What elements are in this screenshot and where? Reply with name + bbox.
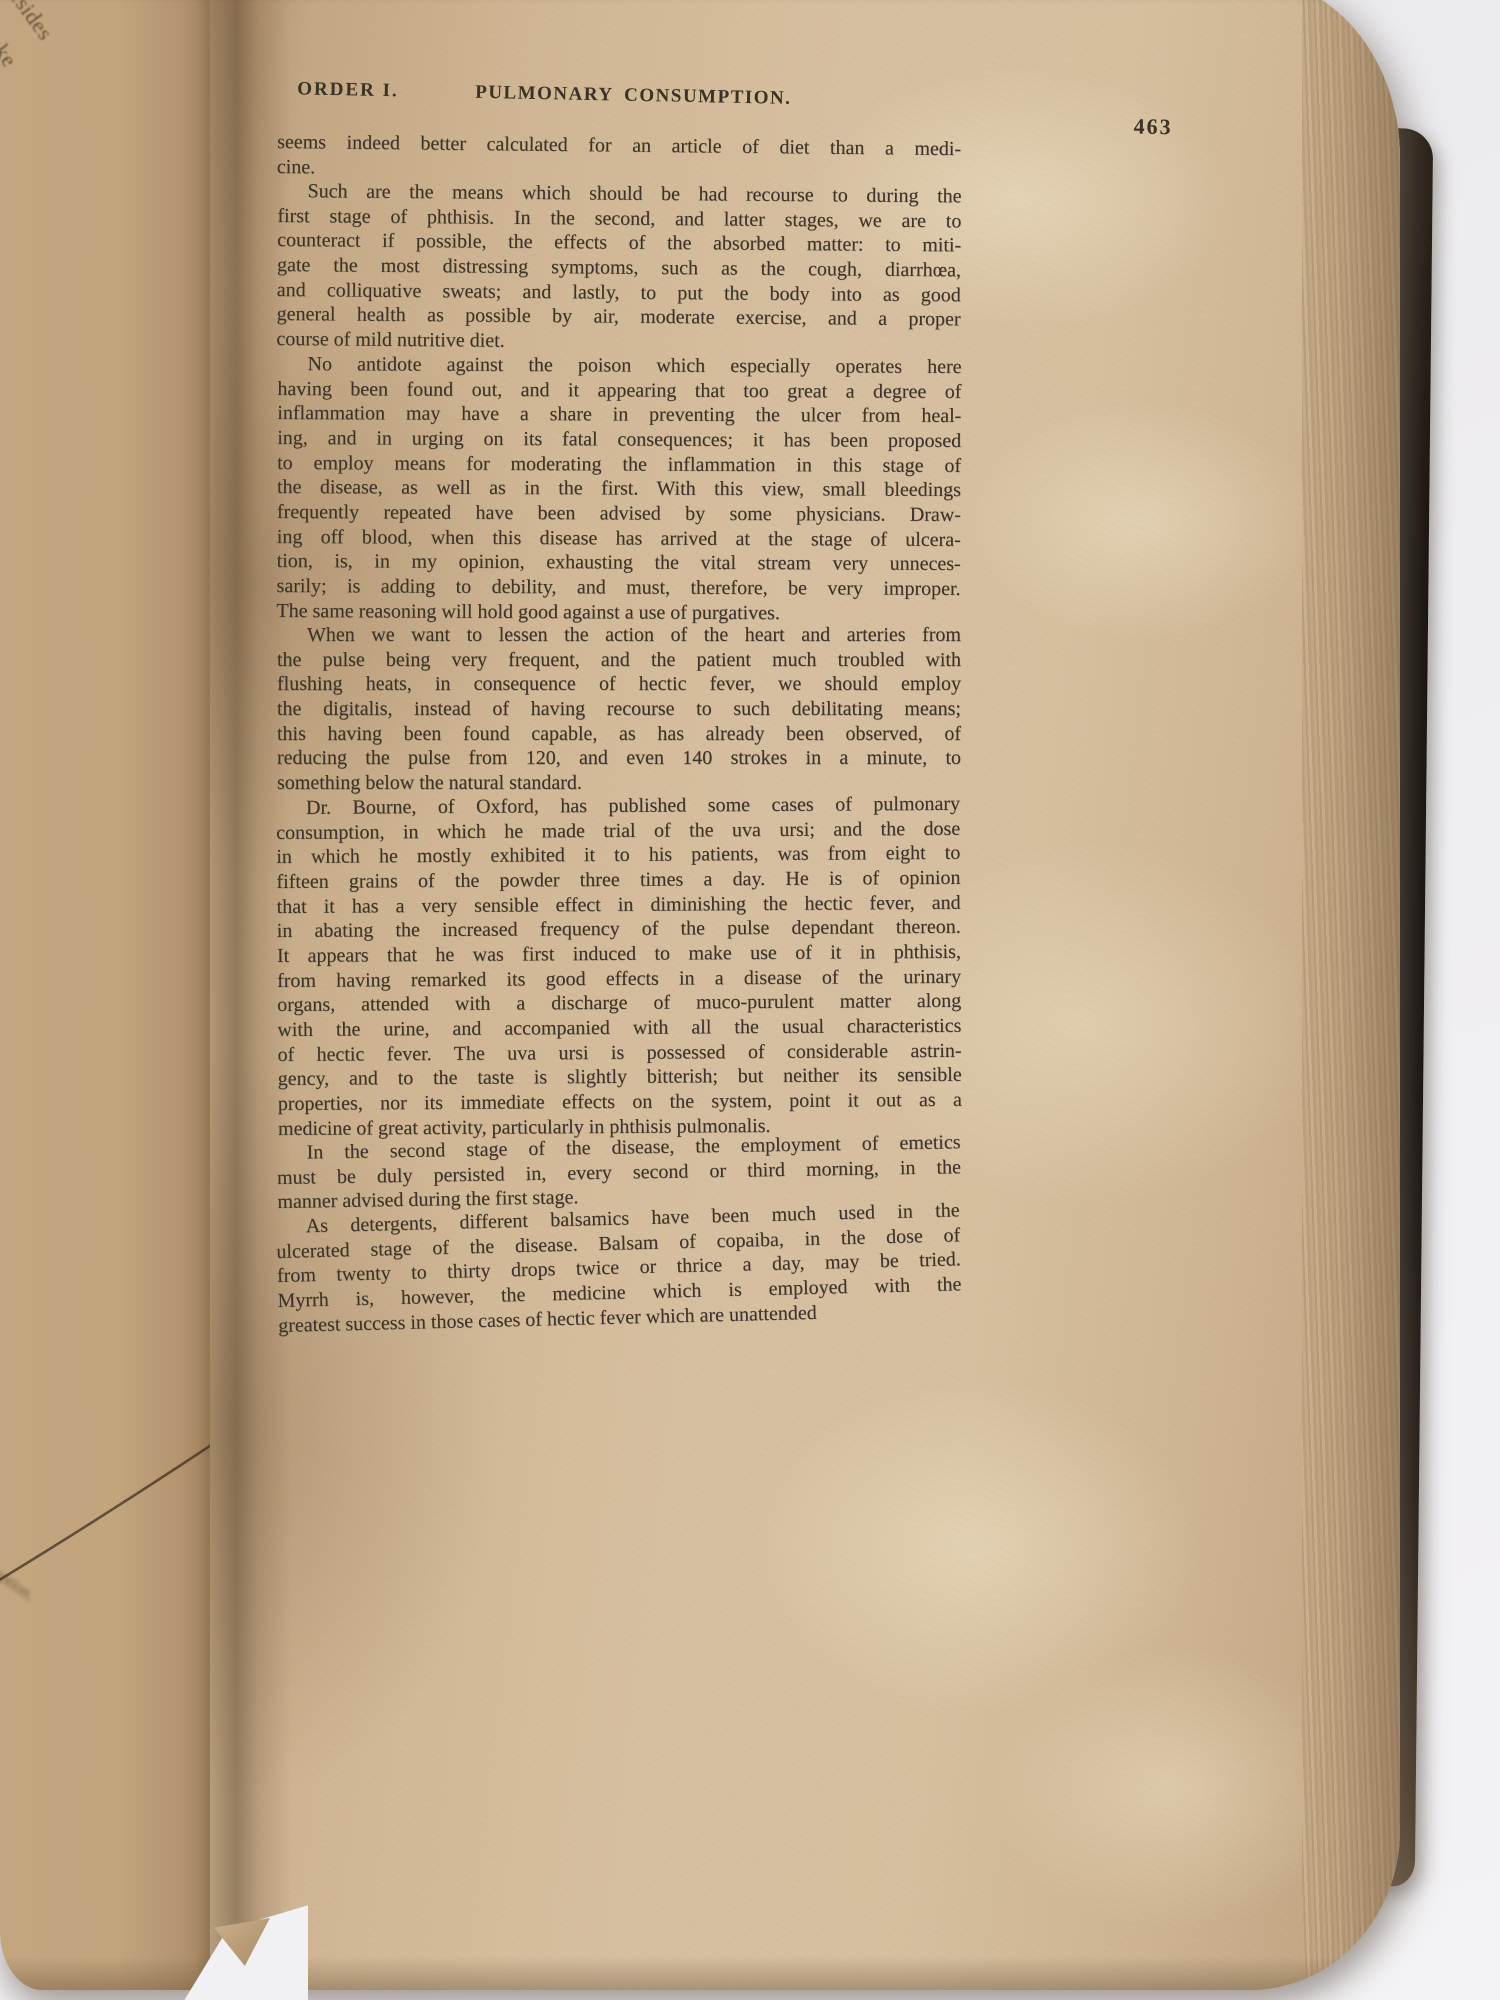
text-line: ing, and in urging on its fatal conseque… <box>277 426 961 454</box>
text-line: No antidote against the poison which esp… <box>277 352 961 380</box>
text-line: ing off blood, when this disease has arr… <box>277 524 961 552</box>
text-line: gency, and to the taste is slightly bitt… <box>278 1063 962 1092</box>
text-line: this having been found capable, as has a… <box>277 722 961 747</box>
text-line: in which he mostly exhibited it to his p… <box>276 841 960 870</box>
paragraph: seems indeed better calculated for an ar… <box>277 130 961 186</box>
text-line: in abating the increased frequency of th… <box>277 915 961 944</box>
text-line: When we want to lessen the action of the… <box>277 623 961 648</box>
text-line: reducing the pulse from 120, and even 14… <box>277 746 961 771</box>
paragraph: When we want to lessen the action of the… <box>277 623 961 796</box>
text-line: the disease, as well as in the first. Wi… <box>277 475 961 503</box>
text-line: frequently repeated have been advised by… <box>277 500 961 528</box>
text-line: having been found out, and it appearing … <box>277 377 961 405</box>
paragraph: No antidote against the poison which esp… <box>276 352 961 626</box>
text-line: of hectic fever. The uva ursi is possess… <box>277 1038 961 1067</box>
text-line: organs, attended with a discharge of muc… <box>277 989 961 1018</box>
running-head-order: ORDER I. <box>297 78 399 102</box>
text-line: tion, is, in my opinion, exhausting the … <box>277 549 961 577</box>
text-line: the pulse being very frequent, and the p… <box>277 648 961 673</box>
text-line: from having remarked its good effects in… <box>277 964 961 993</box>
text-line: consumption, in which he made trial of t… <box>276 816 960 845</box>
text-line: the digitalis, instead of having recours… <box>277 697 961 722</box>
text-line: fifteen grains of the powder three times… <box>276 866 960 895</box>
text-line: Dr. Bourne, of Oxford, has published som… <box>276 792 960 821</box>
book-photo: patient, besidesful, should takeIn this … <box>0 0 1500 2000</box>
page-number: 463 <box>1133 113 1172 140</box>
paragraph: Dr. Bourne, of Oxford, has published som… <box>276 792 962 1141</box>
body-text: seems indeed better calculated for an ar… <box>277 130 961 1338</box>
text-line: to employ means for moderating the infla… <box>277 451 961 479</box>
text-line: inflammation may have a share in prevent… <box>277 401 961 429</box>
text-line: The same reasoning will hold good agains… <box>276 598 960 626</box>
open-book: patient, besidesful, should takeIn this … <box>0 0 1400 1990</box>
text-line: sarily; is adding to debility, and must,… <box>277 574 961 602</box>
paragraph: Such are the means which should be had r… <box>276 179 961 357</box>
text-line: that it has a very sensible effect in di… <box>277 890 961 919</box>
running-head-title: PULMONARY CONSUMPTION. <box>475 82 792 110</box>
text-line: with the urine, and accompanied with all… <box>277 1013 961 1042</box>
paragraph: As detergents, different balsamics have … <box>275 1198 962 1338</box>
text-line: It appears that he was first induced to … <box>277 939 961 968</box>
text-line: flushing heats, in consequence of hectic… <box>277 672 961 697</box>
top-edge-shadow <box>0 0 1400 4</box>
text-line: properties, nor its immediate effects on… <box>278 1087 962 1116</box>
